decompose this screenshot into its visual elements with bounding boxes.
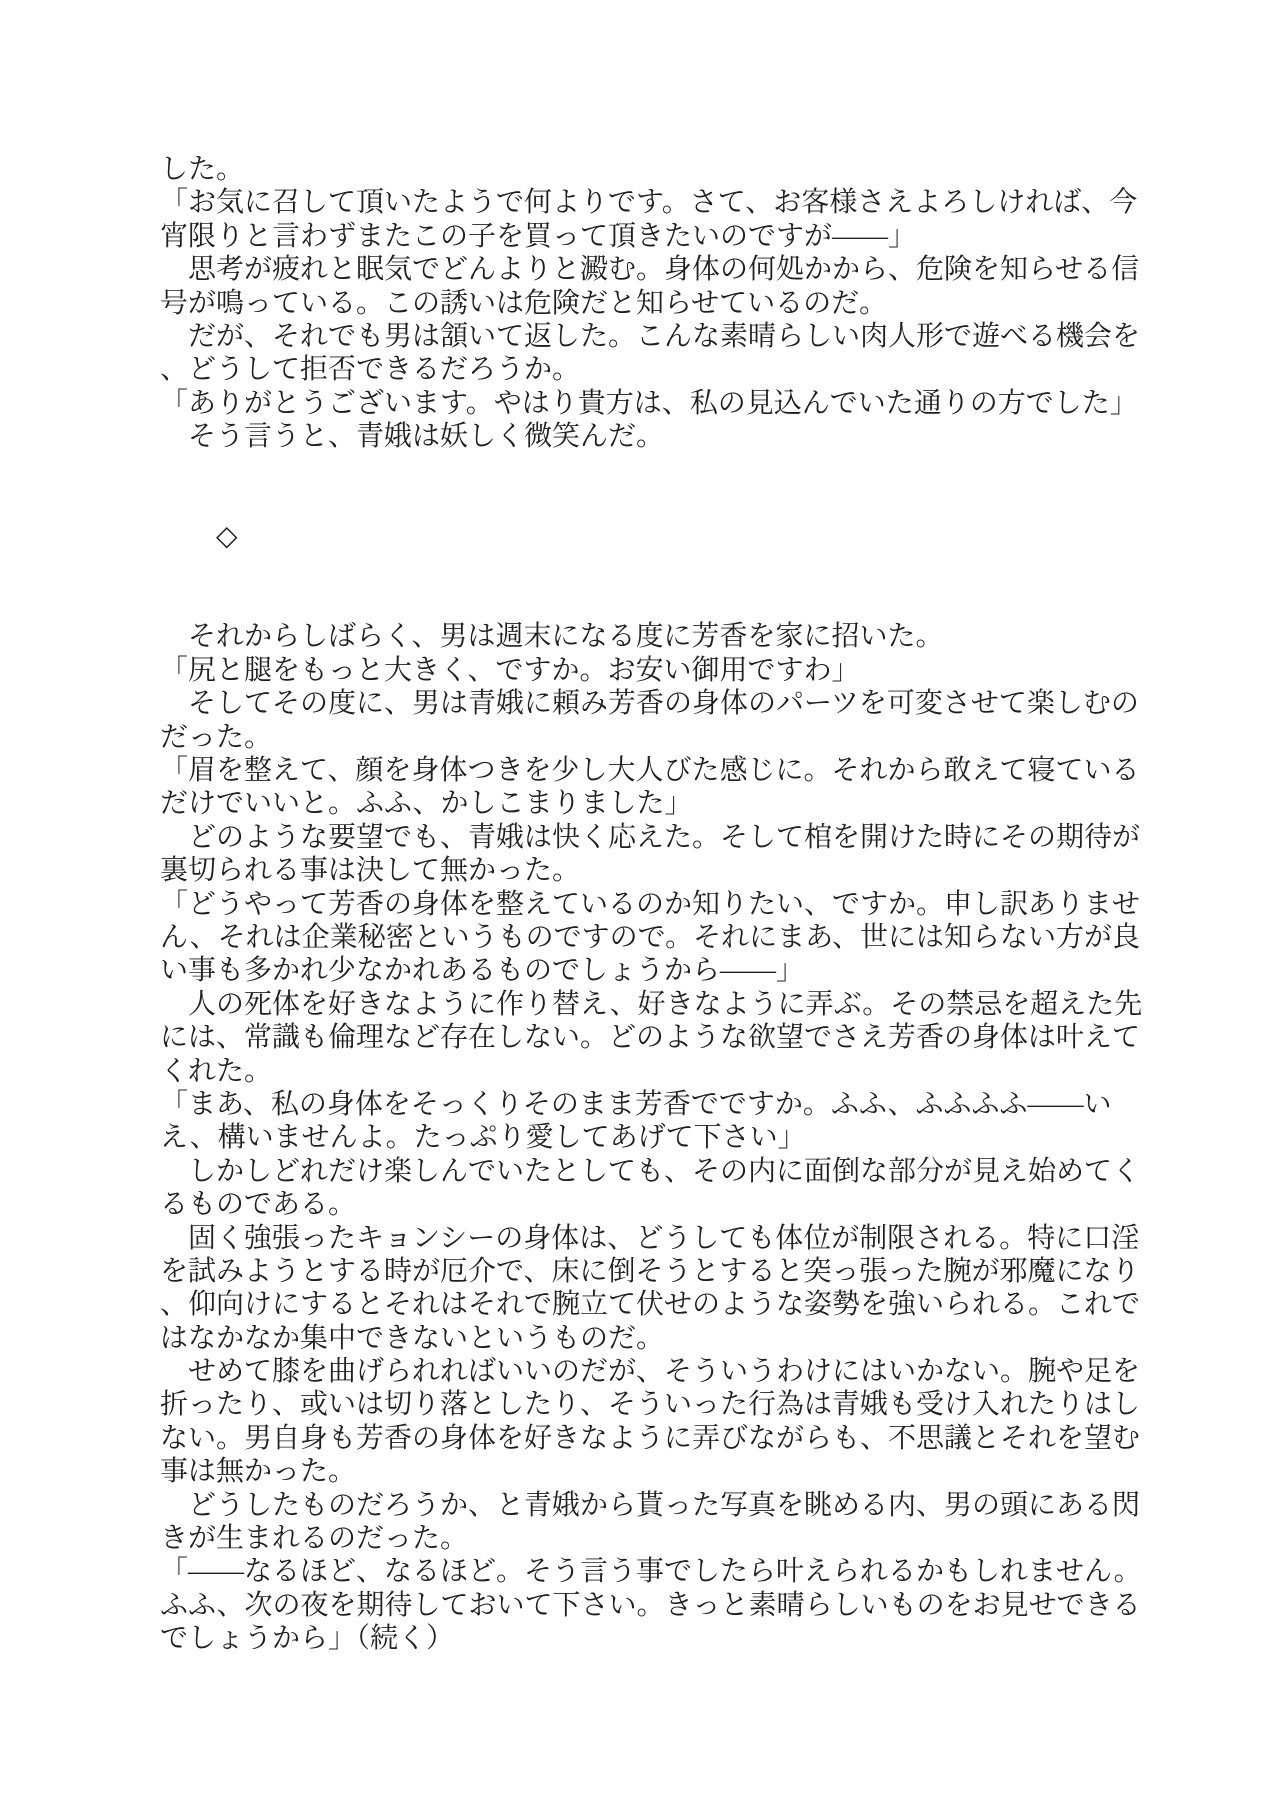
text-line: い事も多かれ少なかれあるものでしょうから——」 bbox=[160, 954, 1165, 987]
text-line: 「尻と腿をもっと大きく、ですか。お安い御用ですわ」 bbox=[160, 654, 1165, 687]
text-line: 、どうして拒否できるだろうか。 bbox=[160, 353, 1165, 386]
text-line bbox=[160, 454, 1165, 487]
text-line: 「眉を整えて、顔を身体つきを少し大人びた感じに。それから敢えて寝ている bbox=[160, 754, 1165, 787]
text-line: 、仰向けにするとそれはそれで腕立て伏せのような姿勢を強いられる。これで bbox=[160, 1288, 1165, 1321]
text-line: どうしたものだろうか、と青娥から貰った写真を眺める内、男の頭にある閃 bbox=[160, 1489, 1165, 1522]
section-divider: ◇ bbox=[160, 520, 1165, 553]
text-line bbox=[160, 587, 1165, 620]
text-line: くれた。 bbox=[160, 1055, 1165, 1088]
text-line: そしてその度に、男は青娥に頼み芳香の身体のパーツを可変させて楽しむの bbox=[160, 687, 1165, 720]
text-line: だが、それでも男は頷いて返した。こんな素晴らしい肉人形で遊べる機会を bbox=[160, 320, 1165, 353]
text-line: 裏切られる事は決して無かった。 bbox=[160, 854, 1165, 887]
text-line: 「どうやって芳香の身体を整えているのか知りたい、ですか。申し訳ありませ bbox=[160, 888, 1165, 921]
text-line: を試みようとする時が厄介で、床に倒そうとすると突っ張った腕が邪魔になり bbox=[160, 1255, 1165, 1288]
text-line: 事は無かった。 bbox=[160, 1455, 1165, 1488]
text-line: した。 bbox=[160, 153, 1165, 186]
text-line: はなかなか集中できないというものだ。 bbox=[160, 1322, 1165, 1355]
text-line: せめて膝を曲げられればいいのだが、そういうわけにはいかない。腕や足を bbox=[160, 1355, 1165, 1388]
text-line: るものである。 bbox=[160, 1188, 1165, 1221]
text-line: だけでいいと。ふふ、かしこまりました」 bbox=[160, 787, 1165, 820]
document-text: した。「お気に召して頂いたようで何よりです。さて、お客様さえよろしければ、今宵限… bbox=[160, 153, 1165, 1656]
text-line bbox=[160, 487, 1165, 520]
text-line: どのような要望でも、青娥は快く応えた。そして棺を開けた時にその期待が bbox=[160, 821, 1165, 854]
text-line: 人の死体を好きなように作り替え、好きなように弄ぶ。その禁忌を超えた先 bbox=[160, 988, 1165, 1021]
text-line: え、構いませんよ。たっぷり愛してあげて下さい」 bbox=[160, 1121, 1165, 1154]
text-line: ない。男自身も芳香の身体を好きなように弄びながらも、不思議とそれを望む bbox=[160, 1422, 1165, 1455]
text-line: 号が鳴っている。この誘いは危険だと知らせているのだ。 bbox=[160, 287, 1165, 320]
text-line: 「——なるほど、なるほど。そう言う事でしたら叶えられるかもしれません。 bbox=[160, 1555, 1165, 1588]
text-line: ん、それは企業秘密というものですので。それにまあ、世には知らない方が良 bbox=[160, 921, 1165, 954]
text-line: ふふ、次の夜を期待しておいて下さい。きっと素晴らしいものをお見せできる bbox=[160, 1589, 1165, 1622]
text-line: 折ったり、或いは切り落としたり、そういった行為は青娥も受け入れたりはし bbox=[160, 1388, 1165, 1421]
text-line: 「お気に召して頂いたようで何よりです。さて、お客様さえよろしければ、今 bbox=[160, 186, 1165, 219]
text-line: 固く強張ったキョンシーの身体は、どうしても体位が制限される。特に口淫 bbox=[160, 1222, 1165, 1255]
text-line: には、常識も倫理など存在しない。どのような欲望でさえ芳香の身体は叶えて bbox=[160, 1021, 1165, 1054]
text-line: 思考が疲れと眠気でどんよりと澱む。身体の何処かから、危険を知らせる信 bbox=[160, 253, 1165, 286]
text-line: それからしばらく、男は週末になる度に芳香を家に招いた。 bbox=[160, 620, 1165, 653]
text-line: 「まあ、私の身体をそっくりそのまま芳香でですか。ふふ、ふふふふ——い bbox=[160, 1088, 1165, 1121]
document-page: した。「お気に召して頂いたようで何よりです。さて、お客様さえよろしければ、今宵限… bbox=[0, 0, 1280, 1810]
text-line: でしょうから」（続く） bbox=[160, 1622, 1165, 1655]
text-line: 「ありがとうございます。やはり貴方は、私の見込んでいた通りの方でした」 bbox=[160, 387, 1165, 420]
text-line: きが生まれるのだった。 bbox=[160, 1522, 1165, 1555]
text-line bbox=[160, 554, 1165, 587]
text-line: そう言うと、青娥は妖しく微笑んだ。 bbox=[160, 420, 1165, 453]
text-line: だった。 bbox=[160, 721, 1165, 754]
text-line: 宵限りと言わずまたこの子を買って頂きたいのですが——」 bbox=[160, 220, 1165, 253]
text-line: しかしどれだけ楽しんでいたとしても、その内に面倒な部分が見え始めてく bbox=[160, 1155, 1165, 1188]
